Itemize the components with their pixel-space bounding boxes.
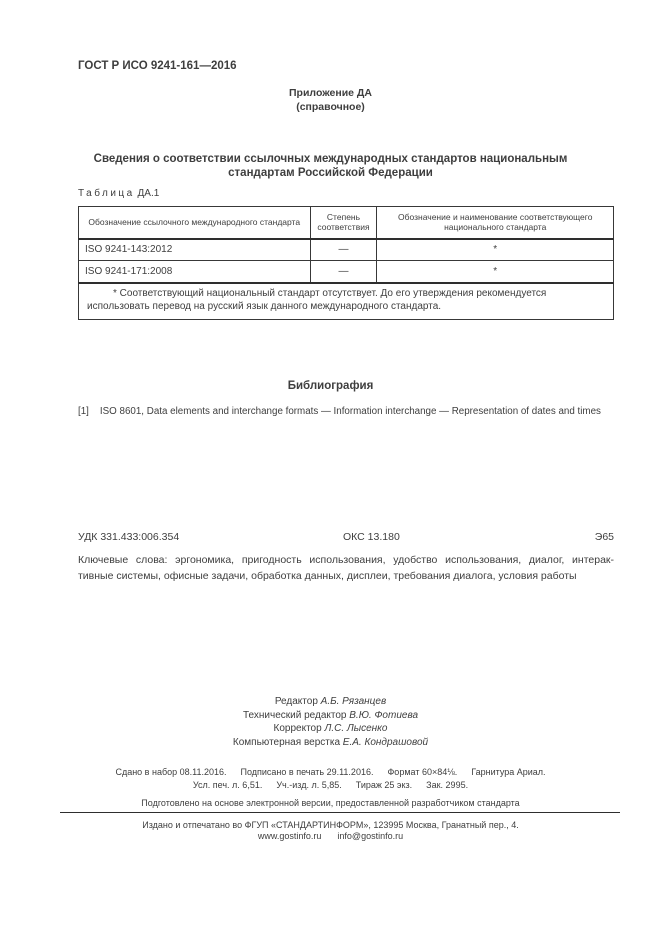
document-page: ГОСТ Р ИСО 9241-161—2016 Приложение ДА (… [0, 0, 661, 935]
credit-line: Технический редактор В.Ю. Фотиева [0, 709, 661, 723]
credit-name: Е.А. Кондрашовой [343, 737, 428, 748]
credit-name: Л.С. Лысенко [324, 723, 387, 734]
table-caption: Таблица ДА.1 [78, 188, 159, 199]
cell-national: * [377, 261, 614, 283]
keywords-line-1: Ключевые слова: эргономика, пригодность … [78, 553, 614, 569]
correspondence-table: Обозначение ссылочного международного ст… [78, 206, 614, 320]
table-caption-label: Таблица [78, 188, 135, 199]
print-segment: Тираж 25 экз. [356, 780, 412, 790]
credit-name: А.Б. Рязанцев [321, 696, 387, 707]
keywords-line-2: тивные системы, офисные задачи, обработк… [78, 569, 614, 585]
bibliography-entry-text: ISO 8601, Data elements and interchange … [100, 406, 601, 417]
print-details: Сдано в набор 08.11.2016.Подписано в печ… [0, 766, 661, 791]
table-caption-number: ДА.1 [138, 188, 160, 199]
doc-number: ГОСТ Р ИСО 9241-161—2016 [78, 60, 237, 72]
print-details-line-2: Усл. печ. л. 6,51.Уч.-изд. л. 5,85.Тираж… [0, 779, 661, 792]
table-row: ISO 9241-171:2008 — * [79, 261, 614, 283]
appendix-label: Приложение ДА [0, 87, 661, 101]
email-text: info@gostinfo.ru [337, 831, 403, 841]
bibliography-entry-ref: [1] [78, 406, 89, 417]
appendix-heading: Приложение ДА (справочное) [0, 87, 661, 114]
table-footnote-cell: * Соответствующий национальный стандарт … [79, 283, 614, 320]
footer-divider [60, 812, 620, 813]
credit-role: Редактор [275, 696, 318, 707]
table-footnote-row: * Соответствующий национальный стандарт … [79, 283, 614, 320]
print-details-line-1: Сдано в набор 08.11.2016.Подписано в печ… [0, 766, 661, 779]
appendix-type: (справочное) [0, 101, 661, 115]
credit-name: В.Ю. Фотиева [349, 710, 418, 721]
cell-national: * [377, 239, 614, 261]
col-header-national-standard: Обозначение и наименование соответствующ… [377, 207, 614, 239]
table-header-row: Обозначение ссылочного международного ст… [79, 207, 614, 239]
table-footnote-text: * Соответствующий национальный стандарт … [87, 287, 605, 313]
print-segment: Формат 60×84⅛. [387, 767, 457, 777]
classification-row: УДК 331.433:006.354 ОКС 13.180 Э65 [78, 531, 614, 544]
keywords-paragraph: Ключевые слова: эргономика, пригодность … [78, 553, 614, 584]
cell-degree: — [310, 239, 377, 261]
credit-role: Технический редактор [243, 710, 346, 721]
print-segment: Уч.-изд. л. 5,85. [276, 780, 341, 790]
oks-code: ОКС 13.180 [343, 531, 400, 543]
cell-degree: — [310, 261, 377, 283]
credit-line: Компьютерная верстка Е.А. Кондрашовой [0, 736, 661, 750]
col-header-degree: Степень соответствия [310, 207, 377, 239]
section-title: Сведения о соответствии ссылочных междун… [0, 152, 661, 180]
credit-line: Редактор А.Б. Рязанцев [0, 695, 661, 709]
table-row: ISO 9241-143:2012 — * [79, 239, 614, 261]
col-header-international-standard: Обозначение ссылочного международного ст… [79, 207, 311, 239]
credit-role: Компьютерная верстка [233, 737, 340, 748]
cell-standard: ISO 9241-171:2008 [79, 261, 311, 283]
print-segment: Усл. печ. л. 6,51. [193, 780, 262, 790]
print-segment: Гарнитура Ариал. [471, 767, 545, 777]
publisher-line: Издано и отпечатано во ФГУП «СТАНДАРТИНФ… [0, 819, 661, 832]
print-segment: Зак. 2995. [426, 780, 468, 790]
prepared-note: Подготовлено на основе электронной верси… [0, 798, 661, 808]
cell-standard: ISO 9241-143:2012 [79, 239, 311, 261]
print-segment: Сдано в набор 08.11.2016. [115, 767, 226, 777]
section-title-line-2: стандартам Российской Федерации [0, 166, 661, 180]
credit-role: Корректор [274, 723, 322, 734]
e-code: Э65 [595, 531, 614, 543]
website-text: www.gostinfo.ru [258, 831, 322, 841]
print-segment: Подписано в печать 29.11.2016. [241, 767, 374, 777]
credit-line: Корректор Л.С. Лысенко [0, 722, 661, 736]
bibliography-heading: Библиография [0, 380, 661, 392]
section-title-line-1: Сведения о соответствии ссылочных междун… [0, 152, 661, 166]
contact-line: www.gostinfo.ruinfo@gostinfo.ru [0, 831, 661, 841]
bibliography-entry: [1] ISO 8601, Data elements and intercha… [78, 406, 614, 417]
udk-code: УДК 331.433:006.354 [78, 531, 179, 543]
colophon-credits: Редактор А.Б. Рязанцев Технический редак… [0, 695, 661, 749]
